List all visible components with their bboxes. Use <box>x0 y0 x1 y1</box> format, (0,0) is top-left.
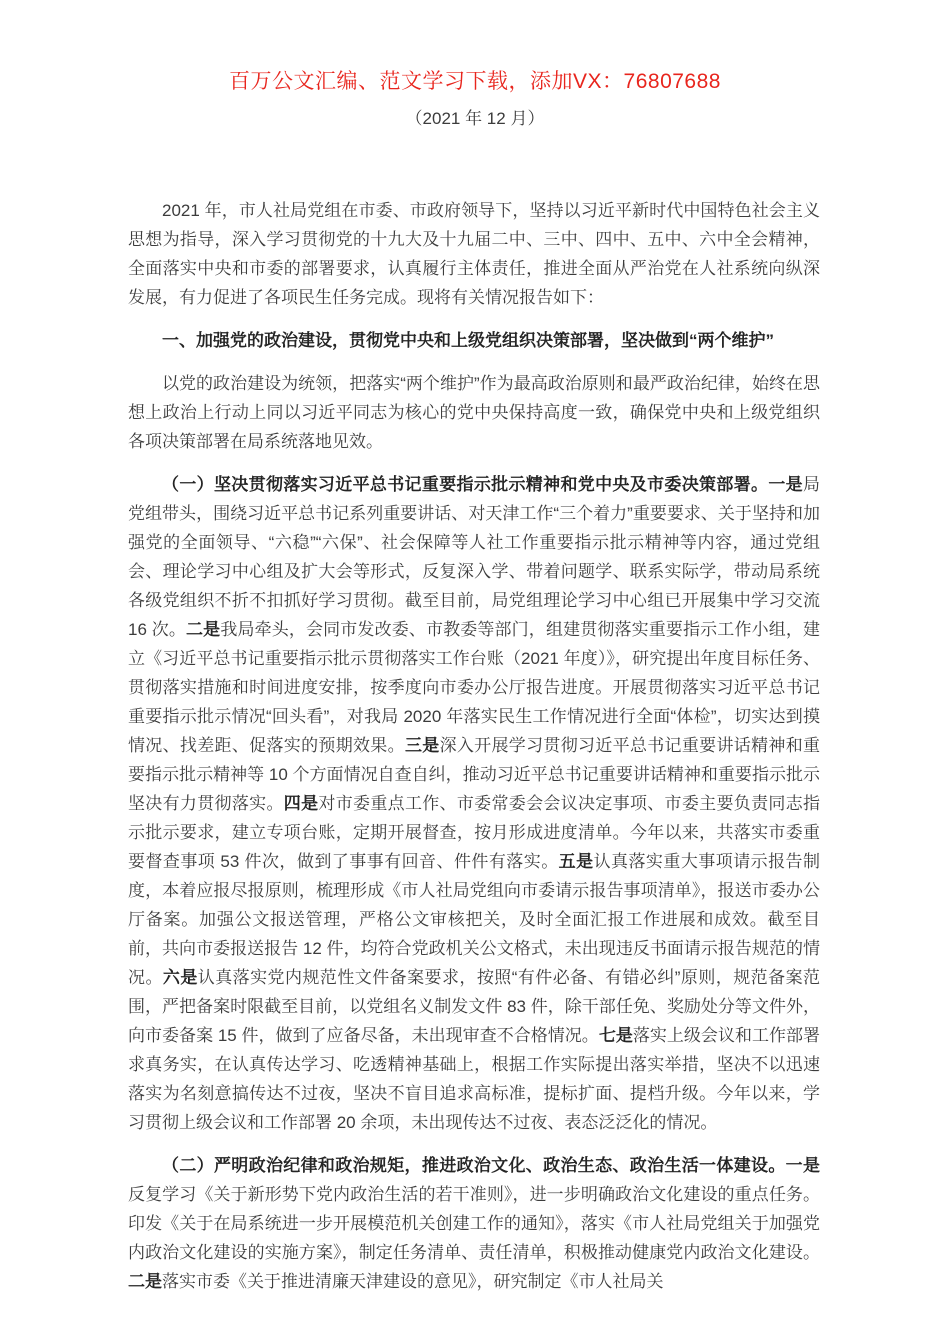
text-run: 2021 年，市人社局党组在市委、市政府领导下，坚持以习近平新时代中国特色社会主… <box>128 201 820 307</box>
bold-text-run: 七是 <box>599 1026 633 1045</box>
paragraph: 以党的政治建设为统领，把落实“两个维护”作为最高政治原则和最严政治纪律，始终在思… <box>128 369 820 456</box>
bold-text-run: 三是 <box>405 736 440 755</box>
bold-text-run: 六是 <box>163 968 198 987</box>
date-line: （2021 年 12 月） <box>0 108 950 130</box>
bold-text-run: 二是 <box>186 620 220 639</box>
text-run: 认真落实重大事项请示报告制度，本着应报尽报原则，梳理形成《市人社局党组向市委请示… <box>128 852 820 987</box>
paragraph: 2021 年，市人社局党组在市委、市政府领导下，坚持以习近平新时代中国特色社会主… <box>128 196 820 312</box>
document-page: 百万公文汇编、范文学习下载，添加VX：76807688 （2021 年 12 月… <box>0 0 950 1344</box>
text-run: 以党的政治建设为统领，把落实“两个维护”作为最高政治原则和最严政治纪律，始终在思… <box>128 374 820 451</box>
text-run: 反复学习《关于新形势下党内政治生活的若干准则》，进一步明确政治文化建设的重点任务… <box>128 1185 820 1262</box>
bold-text-run: 二是 <box>128 1272 162 1291</box>
bold-text-run: （一）坚决贯彻落实习近平总书记重要指示批示精神和党中央及市委决策部署。一是 <box>162 475 803 494</box>
bold-text-run: （二）严明政治纪律和政治规矩，推进政治文化、政治生态、政治生活一体建设。一是 <box>162 1156 820 1175</box>
bold-text-run: 五是 <box>559 852 594 871</box>
bold-text-run: 一、加强党的政治建设，贯彻党中央和上级党组织决策部署，坚决做到“两个维护” <box>162 331 774 350</box>
text-run: 落实市委《关于推进清廉天津建设的意见》，研究制定《市人社局关 <box>162 1272 664 1291</box>
text-run: 局党组带头，围绕习近平总书记系列重要讲话、对天津工作“三个着力”重要要求、关于坚… <box>128 475 820 639</box>
section-heading: 一、加强党的政治建设，贯彻党中央和上级党组织决策部署，坚决做到“两个维护” <box>128 326 820 355</box>
paragraph: （二）严明政治纪律和政治规矩，推进政治文化、政治生态、政治生活一体建设。一是反复… <box>128 1151 820 1296</box>
header-ad-line: 百万公文汇编、范文学习下载，添加VX：76807688 <box>0 0 950 94</box>
bold-text-run: 四是 <box>284 794 319 813</box>
document-body: 2021 年，市人社局党组在市委、市政府领导下，坚持以习近平新时代中国特色社会主… <box>128 196 820 1296</box>
paragraph: （一）坚决贯彻落实习近平总书记重要指示批示精神和党中央及市委决策部署。一是局党组… <box>128 470 820 1137</box>
text-run: 我局牵头，会同市发改委、市教委等部门，组建贯彻落实重要指示工作小组，建立《习近平… <box>128 620 820 755</box>
